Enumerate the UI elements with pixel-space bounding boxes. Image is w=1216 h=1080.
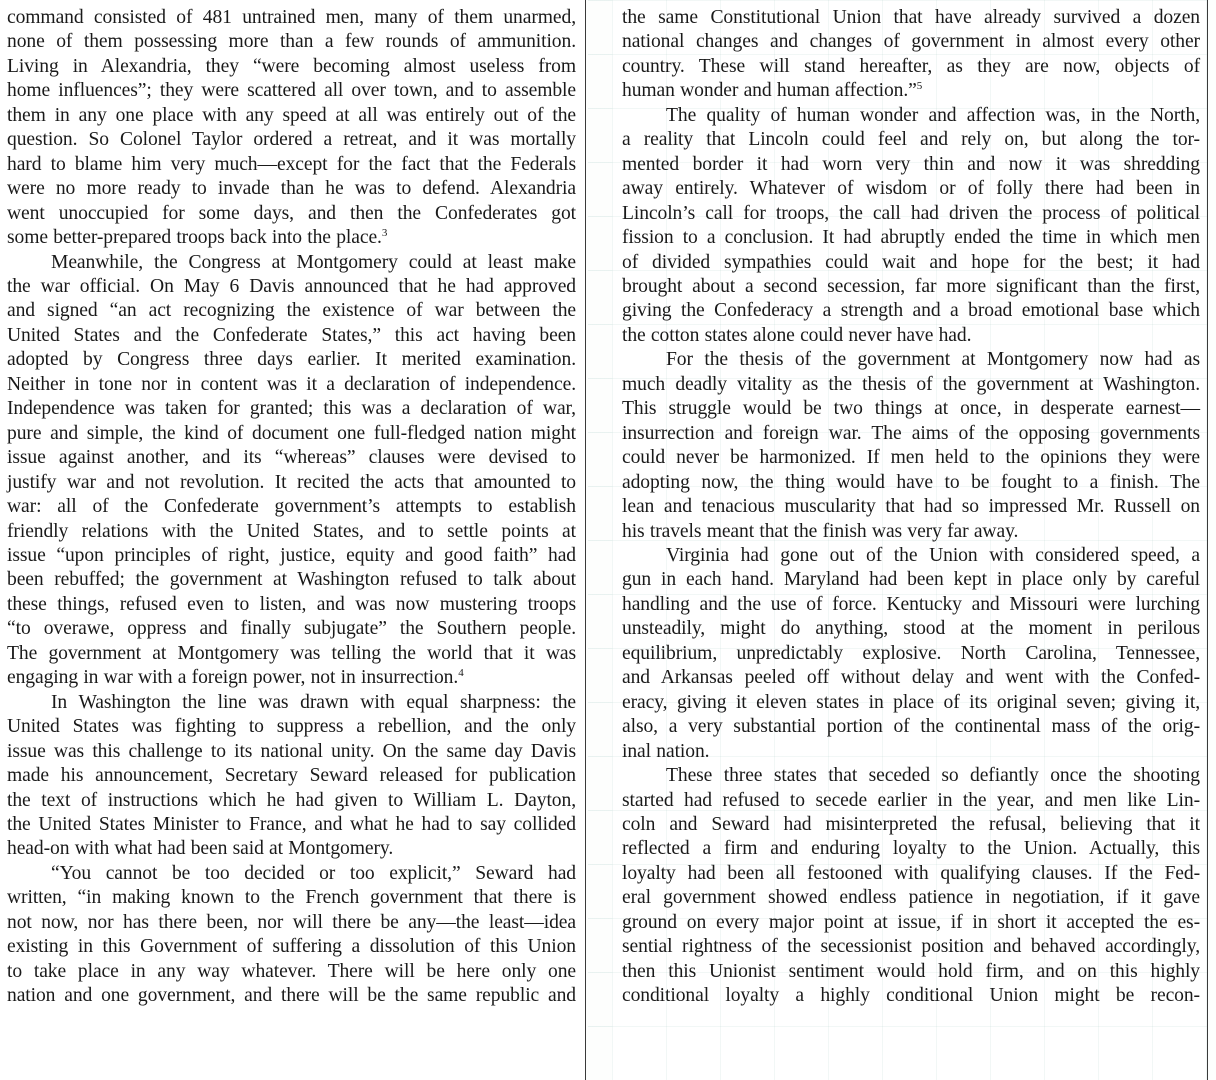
paragraph: Meanwhile, the Congress at Montgomery co…	[7, 251, 576, 691]
text-line: been rebuffed; the government at Washing…	[7, 568, 576, 592]
text-line: brought about a second secession, far mo…	[622, 275, 1200, 299]
text-line: Living in Alexandria, they “were becomin…	[7, 55, 576, 79]
footnote-marker: 4	[458, 667, 463, 679]
text-line: head-on with what had been said at Montg…	[7, 837, 576, 861]
text-line: United States and the Confederate States…	[7, 324, 576, 348]
text-line: For the thesis of the government at Mont…	[622, 348, 1200, 372]
text-line: the cotton states alone could never have…	[622, 324, 1200, 348]
text-line: coln and Seward had misinterpreted the r…	[622, 813, 1200, 837]
text-line: adopting now, the thing would have to be…	[622, 471, 1200, 495]
text-line: a reality that Lincoln could feel and re…	[622, 128, 1200, 152]
text-line: In Washington the line was drawn with eq…	[7, 691, 576, 715]
text-line: justify war and not revolution. It recit…	[7, 471, 576, 495]
page-gutter	[588, 0, 612, 1080]
book-spread: command consisted of 481 untrained men, …	[0, 0, 1216, 1080]
text-line: The quality of human wonder and affectio…	[622, 104, 1200, 128]
text-line: country. These will stand hereafter, as …	[622, 55, 1200, 79]
text-line: existing in this Government of suffering…	[7, 935, 576, 959]
text-line: to take place in any way whatever. There…	[7, 960, 576, 984]
paragraph: “You cannot be too decided or too explic…	[7, 862, 576, 1009]
text-line: Neither in tone nor in content was it a …	[7, 373, 576, 397]
text-line: could never be harmonized. If men held t…	[622, 446, 1200, 470]
text-line: giving the Confederacy a strength and a …	[622, 299, 1200, 323]
text-line: these things, refused even to listen, an…	[7, 593, 576, 617]
footnote-marker: 3	[382, 227, 387, 239]
text-line: and Arkansas peeled off without delay an…	[622, 666, 1200, 690]
text-line: also, a very substantial portion of the …	[622, 715, 1200, 739]
text-line: lean and tenacious muscularity that had …	[622, 495, 1200, 519]
text-line: not now, nor has there been, nor will th…	[7, 911, 576, 935]
text-line: “to overawe, oppress and finally subjuga…	[7, 617, 576, 641]
paragraph: In Washington the line was drawn with eq…	[7, 691, 576, 862]
text-line: human wonder and human affection.”5	[622, 79, 1200, 103]
text-line: adopted by Congress three days earlier. …	[7, 348, 576, 372]
paragraph: The quality of human wonder and affectio…	[622, 104, 1200, 349]
paragraph: command consisted of 481 untrained men, …	[7, 6, 576, 251]
text-line: pure and simple, the kind of document on…	[7, 422, 576, 446]
text-line: inal nation.	[622, 740, 1200, 764]
text-line: question. So Colonel Taylor ordered a re…	[7, 128, 576, 152]
text-line: This struggle would be two things at onc…	[622, 397, 1200, 421]
text-line: ground on every major point at issue, if…	[622, 911, 1200, 935]
text-line: made his announcement, Secretary Seward …	[7, 764, 576, 788]
right-page-text: the same Constitutional Union that have …	[622, 6, 1200, 1009]
left-page-text: command consisted of 481 untrained men, …	[7, 6, 576, 1009]
paragraph: These three states that seceded so defia…	[622, 764, 1200, 1009]
text-line: eral government showed endless patience …	[622, 886, 1200, 910]
text-line: Lincoln’s call for troops, the call had …	[622, 202, 1200, 226]
text-line: Independence was taken for granted; this…	[7, 397, 576, 421]
text-line: his travels meant that the finish was ve…	[622, 520, 1200, 544]
right-page: the same Constitutional Union that have …	[612, 0, 1208, 1080]
text-line: then this Unionist sentiment would hold …	[622, 960, 1200, 984]
text-line: mented border it had worn very thin and …	[622, 153, 1200, 177]
text-line: The government at Montgomery was telling…	[7, 642, 576, 666]
text-line: gun in each hand. Maryland had been kept…	[622, 568, 1200, 592]
text-line: insurrection and foreign war. The aims o…	[622, 422, 1200, 446]
text-line: Virginia had gone out of the Union with …	[622, 544, 1200, 568]
text-line: These three states that seceded so defia…	[622, 764, 1200, 788]
text-line: war: all of the Confederate government’s…	[7, 495, 576, 519]
text-line: hard to blame him very much—except for t…	[7, 153, 576, 177]
text-line: started had refused to secede earlier in…	[622, 789, 1200, 813]
text-line: much deadly vitality as the thesis of th…	[622, 373, 1200, 397]
text-line: Meanwhile, the Congress at Montgomery co…	[7, 251, 576, 275]
text-line: were no more ready to invade than he was…	[7, 177, 576, 201]
text-line: command consisted of 481 untrained men, …	[7, 6, 576, 30]
text-line: conditional loyalty a highly conditional…	[622, 984, 1200, 1008]
text-line: written, “in making known to the French …	[7, 886, 576, 910]
text-line: and signed “an act recognizing the exist…	[7, 299, 576, 323]
text-line: none of them possessing more than a few …	[7, 30, 576, 54]
left-page: command consisted of 481 untrained men, …	[0, 0, 586, 1080]
text-line: friendly relations with the United State…	[7, 520, 576, 544]
text-line: handling and the use of force. Kentucky …	[622, 593, 1200, 617]
text-line: engaging in war with a foreign power, no…	[7, 666, 576, 690]
text-line: away entirely. Whatever of wisdom or of …	[622, 177, 1200, 201]
text-line: them in any one place with any speed at …	[7, 104, 576, 128]
text-line: “You cannot be too decided or too explic…	[7, 862, 576, 886]
text-line: eracy, giving it eleven states in place …	[622, 691, 1200, 715]
text-line: the same Constitutional Union that have …	[622, 6, 1200, 30]
text-line: sential rightness of the secessionist po…	[622, 935, 1200, 959]
footnote-marker: 5	[917, 80, 922, 92]
text-line: nation and one government, and there wil…	[7, 984, 576, 1008]
text-line: reflected a firm and enduring loyalty to…	[622, 837, 1200, 861]
text-line: of divided sympathies could wait and hop…	[622, 251, 1200, 275]
paragraph: Virginia had gone out of the Union with …	[622, 544, 1200, 764]
text-line: the text of instructions which he had gi…	[7, 789, 576, 813]
text-line: some better-prepared troops back into th…	[7, 226, 576, 250]
text-line: unsteadily, might do anything, stood at …	[622, 617, 1200, 641]
text-line: issue against another, and its “whereas”…	[7, 446, 576, 470]
text-line: loyalty had been all festooned with qual…	[622, 862, 1200, 886]
text-line: equilibrium, unpredictably explosive. No…	[622, 642, 1200, 666]
text-line: issue was this challenge to its national…	[7, 740, 576, 764]
text-line: issue “upon principles of right, justice…	[7, 544, 576, 568]
text-line: national changes and changes of governme…	[622, 30, 1200, 54]
text-line: the United States Minister to France, an…	[7, 813, 576, 837]
text-line: the war official. On May 6 Davis announc…	[7, 275, 576, 299]
paragraph: the same Constitutional Union that have …	[622, 6, 1200, 104]
text-line: home influences”; they were scattered al…	[7, 79, 576, 103]
text-line: fission to a conclusion. It had abruptly…	[622, 226, 1200, 250]
paragraph: For the thesis of the government at Mont…	[622, 348, 1200, 544]
text-line: went unoccupied for some days, and then …	[7, 202, 576, 226]
text-line: United States was fighting to suppress a…	[7, 715, 576, 739]
